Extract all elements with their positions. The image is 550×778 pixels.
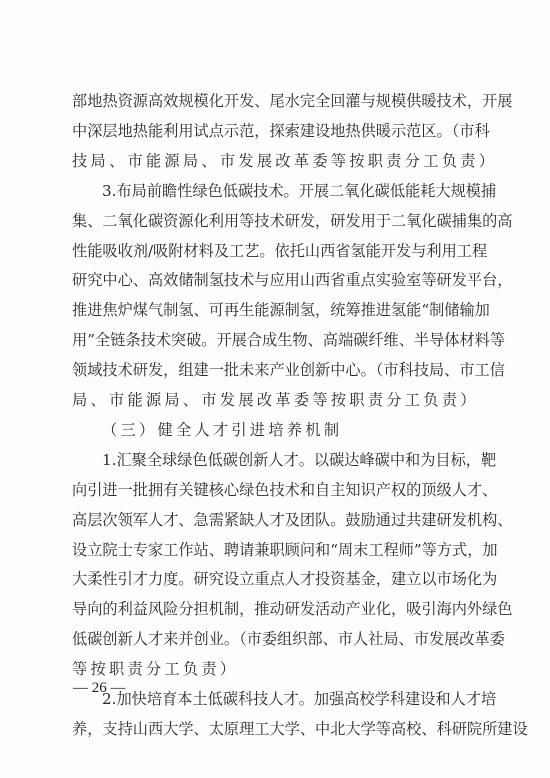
text-line: 低碳创新人才来并创业。（市委组织部、市人社局、市发展改革委 — [72, 624, 478, 654]
text-line: 局、市能源局、市发展改革委等按职责分工负责） — [72, 385, 478, 415]
section-heading: （三）健全人才引进培养机制 — [102, 415, 478, 445]
text-line: 1.汇聚全球绿色低碳创新人才。以碳达峰碳中和为目标，靶 — [102, 445, 478, 475]
text-line: 向引进一批拥有关键核心绿色技术和自主知识产权的顶级人才、 — [72, 475, 478, 505]
text-line: 技局、市能源局、市发展改革委等按职责分工负责） — [72, 146, 478, 176]
text-line: 性能吸收剂/吸附材料及工艺。依托山西省氢能开发与利用工程 — [72, 236, 478, 266]
text-line: 高层次领军人才、急需紧缺人才及团队。鼓励通过共建研发机构、 — [72, 505, 478, 535]
text-line: 导向的利益风险分担机制，推动研发活动产业化，吸引海内外绿色 — [72, 594, 478, 624]
text-line: 2.加快培育本土低碳科技人才。加强高校学科建设和人才培 — [102, 684, 478, 714]
text-line: 部地热资源高效规模化开发、尾水完全回灌与规模供暖技术，开展 — [72, 86, 478, 116]
text-line: 大柔性引才力度。研究设立重点人才投资基金，建立以市场化为 — [72, 564, 478, 594]
text-line: 设立院士专家工作站、聘请兼职顾问和“周末工程师”等方式，加 — [72, 535, 478, 565]
text-line: 推进焦炉煤气制氢、可再生能源制氢，统筹推进氢能“制储输加 — [72, 295, 478, 325]
text-line: 领域技术研发，组建一批未来产业创新中心。（市科技局、市工信 — [72, 355, 478, 385]
text-line: 研究中心、高效储制氢技术与应用山西省重点实验室等研发平台， — [72, 265, 478, 295]
text-line: 中深层地热能利用试点示范，探索建设地热供暖示范区。（市科 — [72, 116, 478, 146]
page-number: — 26 — — [73, 676, 126, 700]
text-line: 用”全链条技术突破。开展合成生物、高端碳纤维、半导体材料等 — [72, 325, 478, 355]
document-page: 部地热资源高效规模化开发、尾水完全回灌与规模供暖技术，开展中深层地热能利用试点示… — [0, 0, 550, 778]
text-line: 等按职责分工负责） — [72, 654, 478, 684]
text-line: 3.布局前瞻性绿色低碳技术。开展二氧化碳低能耗大规模捕 — [102, 176, 478, 206]
text-line: 养，支持山西大学、太原理工大学、中北大学等高校、科研院所建设 — [72, 714, 478, 744]
text-line: 集、二氧化碳资源化利用等技术研发，研发用于二氧化碳捕集的高 — [72, 206, 478, 236]
